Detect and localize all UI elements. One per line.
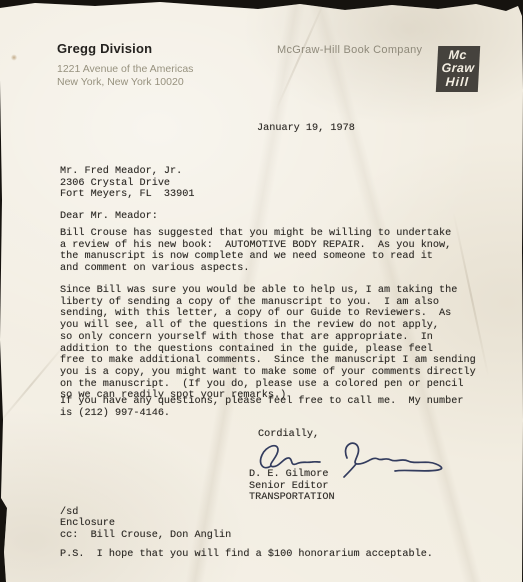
- paper-crease: [0, 342, 67, 428]
- enclosure-note: Enclosure: [60, 518, 115, 530]
- signature-department: TRANSPORTATION: [249, 492, 335, 504]
- paper-stain: [11, 54, 17, 61]
- letter-paper: Gregg Division 1221 Avenue of the Americ…: [0, 0, 523, 582]
- letterhead-address-line2: New York, New York 10020: [57, 76, 184, 88]
- recipient-address-block: Mr. Fred Meador, Jr. 2306 Crystal Drive …: [60, 166, 195, 201]
- signature-title: Senior Editor: [249, 481, 328, 493]
- letterhead-address: 1221 Avenue of the Americas New York, Ne…: [57, 63, 193, 89]
- salutation: Dear Mr. Meador:: [60, 211, 158, 223]
- logo-line-graw: Graw: [437, 62, 480, 76]
- postscript: P.S. I hope that you will find a $100 ho…: [60, 549, 433, 561]
- cc-line: cc: Bill Crouse, Don Anglin: [60, 530, 231, 542]
- signature-name: D. E. Gilmore: [249, 469, 328, 481]
- body-paragraph-3: If you have any questions, please feel f…: [60, 396, 464, 419]
- body-paragraph-1: Bill Crouse has suggested that you might…: [60, 228, 451, 275]
- logo-line-mc: Mc: [437, 49, 480, 63]
- letter-date: January 19, 1978: [257, 123, 355, 135]
- logo-line-hill: Hill: [436, 76, 479, 90]
- letterhead-company-name: McGraw-Hill Book Company: [277, 44, 422, 56]
- typist-initials: /sd: [60, 507, 78, 519]
- letterhead-address-line1: 1221 Avenue of the Americas: [57, 63, 193, 75]
- body-paragraph-2: Since Bill was sure you would be able to…: [60, 285, 476, 402]
- mcgraw-hill-logo: Mc Graw Hill: [436, 46, 480, 92]
- letterhead-division: Gregg Division: [57, 41, 152, 56]
- scan-backdrop: Gregg Division 1221 Avenue of the Americ…: [0, 0, 523, 582]
